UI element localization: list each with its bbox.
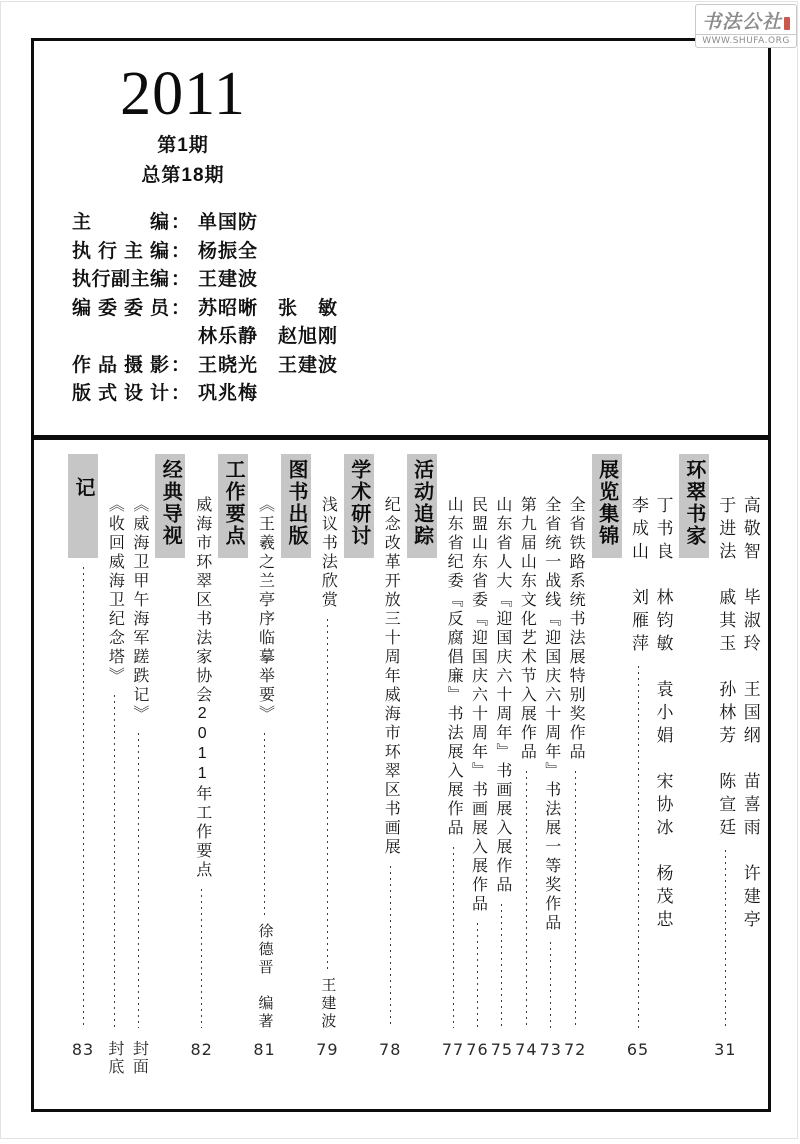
toc-section: 工作要点 bbox=[218, 454, 248, 1100]
page-number: 83 bbox=[72, 1040, 94, 1059]
toc-entry: 《收回威海卫纪念塔》封底 bbox=[102, 454, 126, 1100]
page-number: 74 bbox=[515, 1040, 537, 1059]
credit-names: 杨振全 bbox=[198, 238, 258, 267]
credit-colon: ： bbox=[171, 295, 190, 324]
toc-entry-title: 山东省人大『迎国庆六十周年』书画展入展作品 bbox=[490, 496, 514, 895]
toc-section-header: 环翠书家 bbox=[679, 454, 709, 558]
watermark-logo-text: 书法公社 bbox=[696, 5, 796, 34]
toc-entry-title: 纪念改革开放三十周年威海市环翠区书画展 bbox=[378, 496, 402, 857]
site-watermark: 书法公社 WWW.SHUFA.ORG bbox=[695, 4, 797, 48]
watermark-url: WWW.SHUFA.ORG bbox=[696, 34, 796, 47]
page-number: 73 bbox=[540, 1040, 562, 1059]
masthead-section: 2011 第1期 总第18期 主编：单国防执行主编：杨振全执行副主编：王建波编委… bbox=[34, 63, 768, 440]
page-number: 77 bbox=[442, 1040, 464, 1059]
toc-section: 活动追踪 bbox=[407, 454, 437, 1100]
toc-entry-title: 民盟山东省委『迎国庆六十周年』书画展入展作品 bbox=[465, 496, 489, 914]
page-slot: 74 bbox=[515, 1033, 537, 1100]
toc-section-header: 经典导视 bbox=[155, 454, 185, 558]
credit-name-line: 巩兆梅 bbox=[198, 380, 258, 409]
toc-entry: 浅议书法欣赏王建波79 bbox=[315, 454, 339, 1100]
dotted-leader bbox=[550, 942, 552, 1028]
page-slot: 82 bbox=[191, 1033, 213, 1100]
page-slot: 77 bbox=[442, 1033, 464, 1100]
toc-entry-title: 威海市环翠区书法家协会2011年工作要点 bbox=[190, 496, 214, 880]
dotted-leader bbox=[637, 666, 639, 1028]
toc-section-title: 工作要点 bbox=[218, 459, 248, 547]
credit-name-line: 杨振全 bbox=[198, 238, 258, 267]
toc-section: 高敬智 毕淑玲 王国纲 苗喜雨 许建亭于进法 戚其玉 孙林芳 陈宣廷31环翠书家… bbox=[34, 440, 768, 1110]
dotted-leader bbox=[525, 771, 527, 1028]
toc-section-title: 图书出版 bbox=[281, 459, 311, 547]
toc-entry: 威海市环翠区书法家协会2011年工作要点82 bbox=[190, 454, 214, 1100]
dotted-leader bbox=[264, 733, 266, 918]
credit-name-line: 苏昭晰 张 敏 bbox=[198, 295, 338, 324]
red-seal-icon bbox=[784, 17, 790, 30]
toc-section-title: 环翠书家 bbox=[679, 459, 709, 547]
dotted-leader bbox=[201, 889, 203, 1028]
toc-section: 后记83 bbox=[68, 454, 98, 1100]
toc-entry: 民盟山东省委『迎国庆六十周年』书画展入展作品76 bbox=[465, 454, 489, 1100]
toc-section: 环翠书家 bbox=[679, 454, 709, 1100]
credit-name-line: 王晓光 王建波 bbox=[198, 352, 338, 381]
toc-row: 高敬智 毕淑玲 王国纲 苗喜雨 许建亭于进法 戚其玉 孙林芳 陈宣廷31环翠书家… bbox=[64, 454, 762, 1100]
credit-role-label: 编委委员 bbox=[72, 295, 169, 324]
page-number: 75 bbox=[491, 1040, 513, 1059]
toc-section-title: 后记 bbox=[68, 459, 98, 558]
toc-section-title: 经典导视 bbox=[155, 459, 185, 547]
year-title: 2011 bbox=[118, 63, 248, 126]
credit-names: 单国防 bbox=[198, 209, 258, 238]
toc-entry-title: 于进法 戚其玉 孙林芳 陈宣廷 bbox=[713, 496, 737, 841]
credit-name-line: 林乐静 赵旭刚 bbox=[198, 323, 338, 352]
credit-role-label: 执行副主编 bbox=[72, 266, 169, 295]
page-slot: 封面 bbox=[127, 1033, 150, 1100]
dotted-leader bbox=[138, 733, 140, 1028]
toc-entry-title: 《威海卫甲午海军蹉跌记》 bbox=[127, 496, 151, 724]
toc-entry-title: 李成山 刘雁萍 bbox=[626, 496, 650, 657]
dotted-leader bbox=[389, 866, 391, 1028]
toc-section: 展览集锦 bbox=[592, 454, 622, 1100]
dotted-leader bbox=[452, 847, 454, 1028]
magazine-toc-page: { "watermark": { "logo": "书法公社", "url": … bbox=[0, 0, 800, 1144]
toc-entry-title: 浅议书法欣赏 bbox=[315, 496, 339, 610]
toc-entry: 《威海卫甲午海军蹉跌记》封面 bbox=[127, 454, 151, 1100]
page-number: 31 bbox=[714, 1040, 736, 1059]
toc-entry-author: 徐德晋 编著 bbox=[255, 923, 275, 1031]
toc-section-header: 活动追踪 bbox=[407, 454, 437, 558]
dotted-leader bbox=[724, 850, 726, 1028]
credit-colon: ： bbox=[171, 266, 190, 295]
credit-names: 巩兆梅 bbox=[198, 380, 258, 409]
credit-name-line: 王建波 bbox=[198, 266, 258, 295]
toc-entry-title: 全省铁路系统书法展特别奖作品 bbox=[563, 496, 587, 762]
page-number: 封底 bbox=[103, 1040, 126, 1076]
credit-row: 执行主编：杨振全 bbox=[72, 238, 768, 267]
page-slot: 65 bbox=[627, 1033, 649, 1100]
page-frame: 2011 第1期 总第18期 主编：单国防执行主编：杨振全执行副主编：王建波编委… bbox=[31, 38, 771, 1112]
toc-entry-title: 高敬智 毕淑玲 王国纲 苗喜雨 许建亭 bbox=[738, 496, 762, 933]
credit-name-line: 单国防 bbox=[198, 209, 258, 238]
toc-section: 经典导视 bbox=[155, 454, 185, 1100]
page-slot: 73 bbox=[540, 1033, 562, 1100]
page-number: 72 bbox=[564, 1040, 586, 1059]
toc-entry-author: 王建波 bbox=[317, 977, 337, 1031]
page-slot: 79 bbox=[316, 1033, 338, 1100]
toc-entry-title: 第九届山东文化艺术节入展作品 bbox=[514, 496, 538, 762]
toc-section-header: 后记 bbox=[68, 454, 98, 558]
toc-entry: 全省铁路系统书法展特别奖作品72 bbox=[563, 454, 587, 1100]
credit-role-label: 作品摄影 bbox=[72, 352, 169, 381]
dotted-leader bbox=[113, 695, 115, 1028]
page-slot: 31 bbox=[714, 1033, 736, 1100]
credit-row: 编委委员：苏昭晰 张 敏林乐静 赵旭刚 bbox=[72, 295, 768, 352]
page-slot: 75 bbox=[491, 1033, 513, 1100]
volume-number: 总第18期 bbox=[118, 160, 248, 187]
dotted-leader bbox=[574, 771, 576, 1028]
toc-section-header: 展览集锦 bbox=[592, 454, 622, 558]
credit-colon: ： bbox=[171, 209, 190, 238]
toc-entry: 第九届山东文化艺术节入展作品74 bbox=[514, 454, 538, 1100]
credit-role-label: 主编 bbox=[72, 209, 169, 238]
toc-entry: 高敬智 毕淑玲 王国纲 苗喜雨 许建亭 bbox=[738, 454, 762, 1100]
page-number: 65 bbox=[627, 1040, 649, 1059]
credit-row: 作品摄影：王晓光 王建波 bbox=[72, 352, 768, 381]
toc-section-title: 活动追踪 bbox=[407, 459, 437, 547]
toc-entry-title: 全省统一战线『迎国庆六十周年』书法展一等奖作品 bbox=[539, 496, 563, 933]
credit-role-label: 版式设计 bbox=[72, 380, 169, 409]
toc-section-header: 学术研讨 bbox=[344, 454, 374, 558]
toc-entry: 纪念改革开放三十周年威海市环翠区书画展78 bbox=[378, 454, 402, 1100]
toc-section: 学术研讨 bbox=[344, 454, 374, 1100]
toc-section-header: 工作要点 bbox=[218, 454, 248, 558]
toc-section-header: 图书出版 bbox=[281, 454, 311, 558]
issue-number: 第1期 bbox=[118, 130, 248, 157]
page-number: 79 bbox=[316, 1040, 338, 1059]
toc-entry-title: 丁书良 林钧敏 袁小娟 宋协冰 杨茂忠 bbox=[650, 496, 674, 933]
credit-colon: ： bbox=[171, 238, 190, 267]
dotted-leader bbox=[326, 619, 328, 972]
credit-role-label: 执行主编 bbox=[72, 238, 169, 267]
toc-section-title: 展览集锦 bbox=[592, 459, 622, 547]
toc-section: 图书出版 bbox=[281, 454, 311, 1100]
credit-row: 版式设计：巩兆梅 bbox=[72, 380, 768, 409]
toc-entry: 全省统一战线『迎国庆六十周年』书法展一等奖作品73 bbox=[539, 454, 563, 1100]
page-slot: 封底 bbox=[103, 1033, 126, 1100]
page-slot: 76 bbox=[466, 1033, 488, 1100]
page-number: 76 bbox=[466, 1040, 488, 1059]
toc-entry-title: 山东省纪委『反腐倡廉』书法展入展作品 bbox=[441, 496, 465, 838]
credits-list: 主编：单国防执行主编：杨振全执行副主编：王建波编委委员：苏昭晰 张 敏林乐静 赵… bbox=[72, 209, 768, 409]
toc-entry: 李成山 刘雁萍65 bbox=[626, 454, 650, 1100]
credit-names: 王建波 bbox=[198, 266, 258, 295]
page-number: 81 bbox=[253, 1040, 275, 1059]
toc-entry: 《王羲之兰亭序临摹举要》徐德晋 编著81 bbox=[253, 454, 277, 1100]
page-slot: 72 bbox=[564, 1033, 586, 1100]
credit-colon: ： bbox=[171, 380, 190, 409]
page-number: 封面 bbox=[127, 1040, 150, 1076]
dotted-leader bbox=[82, 567, 84, 1028]
credit-colon: ： bbox=[171, 352, 190, 381]
page-number: 82 bbox=[191, 1040, 213, 1059]
page-number: 78 bbox=[379, 1040, 401, 1059]
page-slot: 83 bbox=[72, 1033, 94, 1100]
issue-block: 2011 第1期 总第18期 bbox=[118, 63, 248, 187]
page-slot: 78 bbox=[379, 1033, 401, 1100]
toc-entry: 山东省人大『迎国庆六十周年』书画展入展作品75 bbox=[490, 454, 514, 1100]
toc-entry-title: 《收回威海卫纪念塔》 bbox=[102, 496, 126, 686]
toc-entry: 丁书良 林钧敏 袁小娟 宋协冰 杨茂忠 bbox=[650, 454, 674, 1100]
toc-entry-title: 《王羲之兰亭序临摹举要》 bbox=[253, 496, 277, 724]
credit-row: 主编：单国防 bbox=[72, 209, 768, 238]
dotted-leader bbox=[501, 904, 503, 1028]
page-slot: 81 bbox=[253, 1033, 275, 1100]
credit-row: 执行副主编：王建波 bbox=[72, 266, 768, 295]
dotted-leader bbox=[476, 923, 478, 1028]
toc-section-title: 学术研讨 bbox=[344, 459, 374, 547]
toc-entry: 山东省纪委『反腐倡廉』书法展入展作品77 bbox=[441, 454, 465, 1100]
credit-names: 苏昭晰 张 敏林乐静 赵旭刚 bbox=[198, 295, 338, 352]
toc-entry: 于进法 戚其玉 孙林芳 陈宣廷31 bbox=[713, 454, 737, 1100]
credit-names: 王晓光 王建波 bbox=[198, 352, 338, 381]
